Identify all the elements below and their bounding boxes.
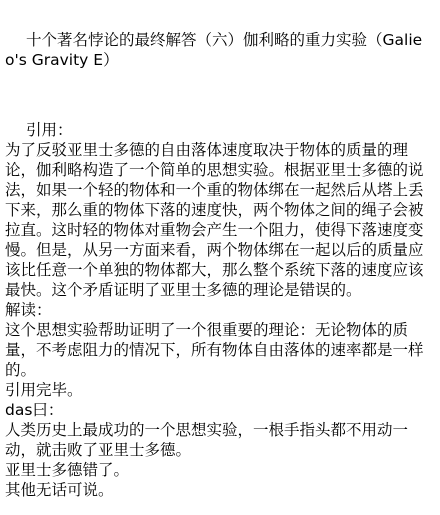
commentary-label: das曰： <box>5 400 435 420</box>
commentary-line-2: 亚里士多德错了。 <box>5 460 435 480</box>
quote-body: 为了反驳亚里士多德的自由落体速度取决于物体的质量的理论，伽利略构造了一个简单的思… <box>5 140 435 300</box>
interpretation-body: 这个思想实验帮助证明了一个很重要的理论：无论物体的质量，不考虑阻力的情况下，所有… <box>5 320 435 380</box>
document-title: 十个著名悖论的最终解答（六）伽利略的重力实验（Galieo's Gravity … <box>5 30 435 70</box>
document-body: 十个著名悖论的最终解答（六）伽利略的重力实验（Galieo's Gravity … <box>0 0 440 500</box>
quote-end-marker: 引用完毕。 <box>5 380 435 400</box>
quote-label: 引用： <box>5 120 435 140</box>
document-page: { "meta": { "background_color": "#ffffff… <box>0 0 440 515</box>
interpretation-label: 解读： <box>5 300 435 320</box>
commentary-line-1: 人类历史上最成功的一个思想实验，一根手指头都不用动一动，就击败了亚里士多德。 <box>5 420 435 460</box>
commentary-line-3: 其他无话可说。 <box>5 480 435 500</box>
